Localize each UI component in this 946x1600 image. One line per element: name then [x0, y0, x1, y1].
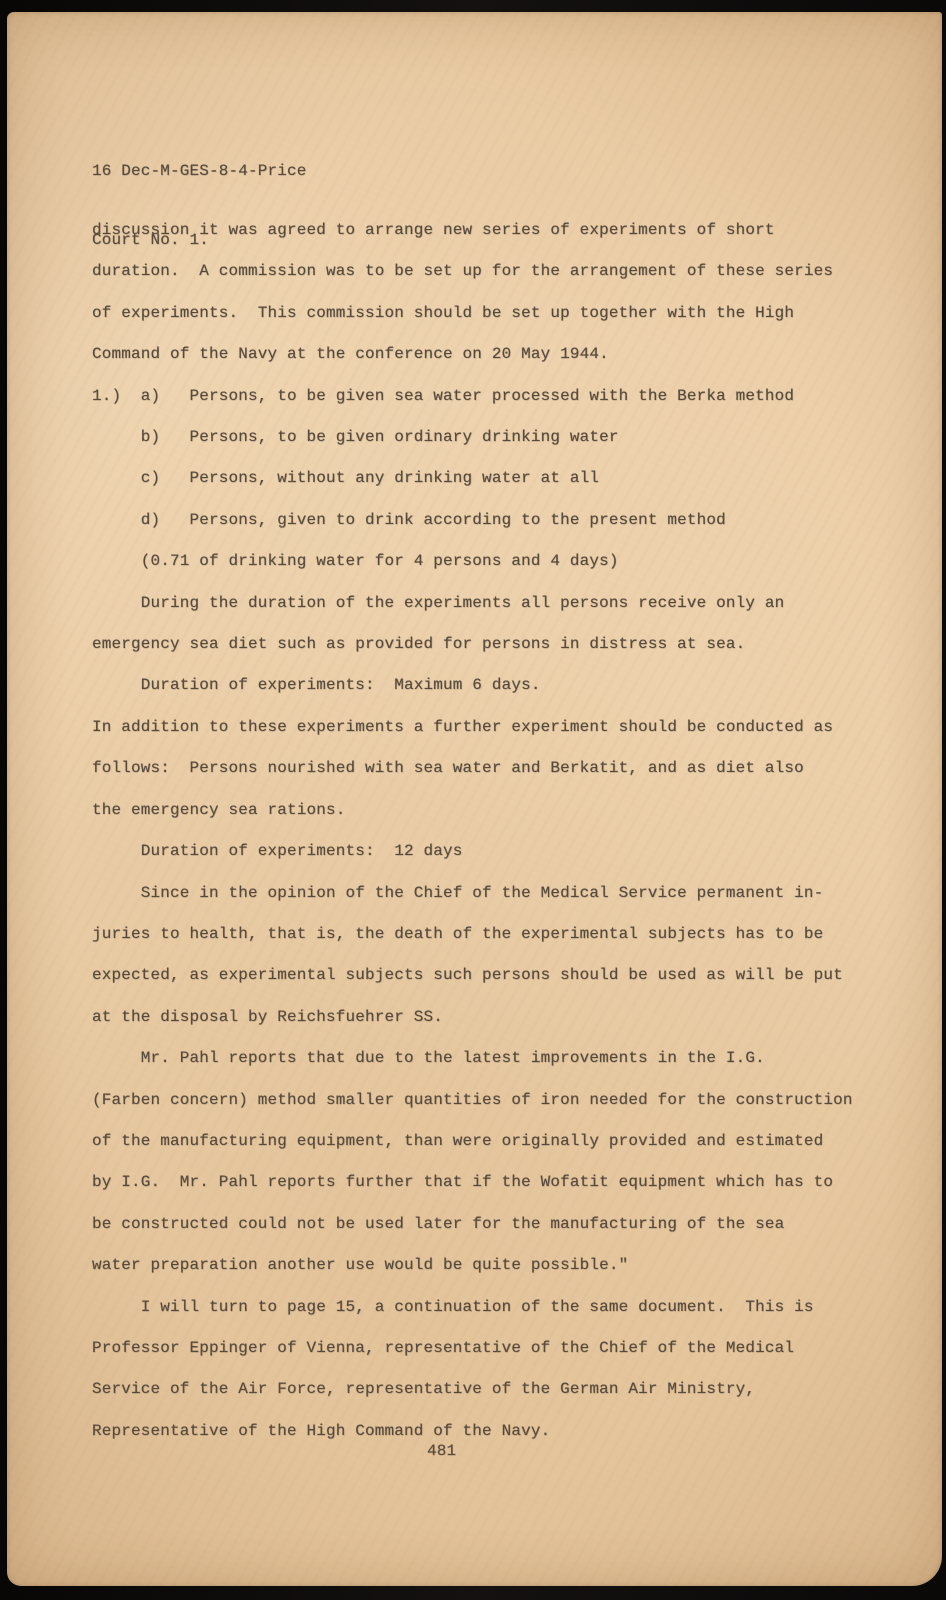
text-line: juries to health, that is, the death of …: [92, 914, 853, 955]
text-line: Service of the Air Force, representative…: [92, 1369, 853, 1410]
text-line: the emergency sea rations.: [92, 790, 853, 831]
text-line: c) Persons, without any drinking water a…: [92, 458, 853, 499]
text-line: of the manufacturing equipment, than wer…: [92, 1121, 853, 1162]
text-line: Duration of experiments: Maximum 6 days.: [92, 665, 853, 706]
text-line: of experiments. This commission should b…: [92, 293, 853, 334]
text-line: d) Persons, given to drink according to …: [92, 500, 853, 541]
page-number: 481: [427, 1440, 456, 1462]
header-docket-line: 16 Dec-M-GES-8-4-Price: [92, 160, 307, 183]
text-line: expected, as experimental subjects such …: [92, 955, 853, 996]
text-line: Professor Eppinger of Vienna, representa…: [92, 1328, 853, 1369]
text-line: (0.71 of drinking water for 4 persons an…: [92, 541, 853, 582]
text-line: by I.G. Mr. Pahl reports further that if…: [92, 1162, 853, 1203]
text-line: During the duration of the experiments a…: [92, 583, 853, 624]
document-page: 16 Dec-M-GES-8-4-Price Court No. 1. disc…: [7, 12, 942, 1586]
scan-backdrop: 16 Dec-M-GES-8-4-Price Court No. 1. disc…: [0, 0, 946, 1600]
text-line: be constructed could not be used later f…: [92, 1204, 853, 1245]
text-line: b) Persons, to be given ordinary drinkin…: [92, 417, 853, 458]
text-line: In addition to these experiments a furth…: [92, 707, 853, 748]
document-body-text: discussion it was agreed to arrange new …: [92, 210, 853, 1452]
text-line: Duration of experiments: 12 days: [92, 831, 853, 872]
text-line: (Farben concern) method smaller quantiti…: [92, 1080, 853, 1121]
text-line: Mr. Pahl reports that due to the latest …: [92, 1038, 853, 1079]
text-line: Since in the opinion of the Chief of the…: [92, 873, 853, 914]
text-line: duration. A commission was to be set up …: [92, 251, 853, 292]
text-line: Representative of the High Command of th…: [92, 1411, 853, 1452]
text-line: Command of the Navy at the conference on…: [92, 334, 853, 375]
text-line: at the disposal by Reichsfuehrer SS.: [92, 997, 853, 1038]
text-line: discussion it was agreed to arrange new …: [92, 210, 853, 251]
text-line: 1.) a) Persons, to be given sea water pr…: [92, 376, 853, 417]
text-line: follows: Persons nourished with sea wate…: [92, 748, 853, 789]
text-line: emergency sea diet such as provided for …: [92, 624, 853, 665]
text-line: I will turn to page 15, a continuation o…: [92, 1287, 853, 1328]
text-line: water preparation another use would be q…: [92, 1245, 853, 1286]
